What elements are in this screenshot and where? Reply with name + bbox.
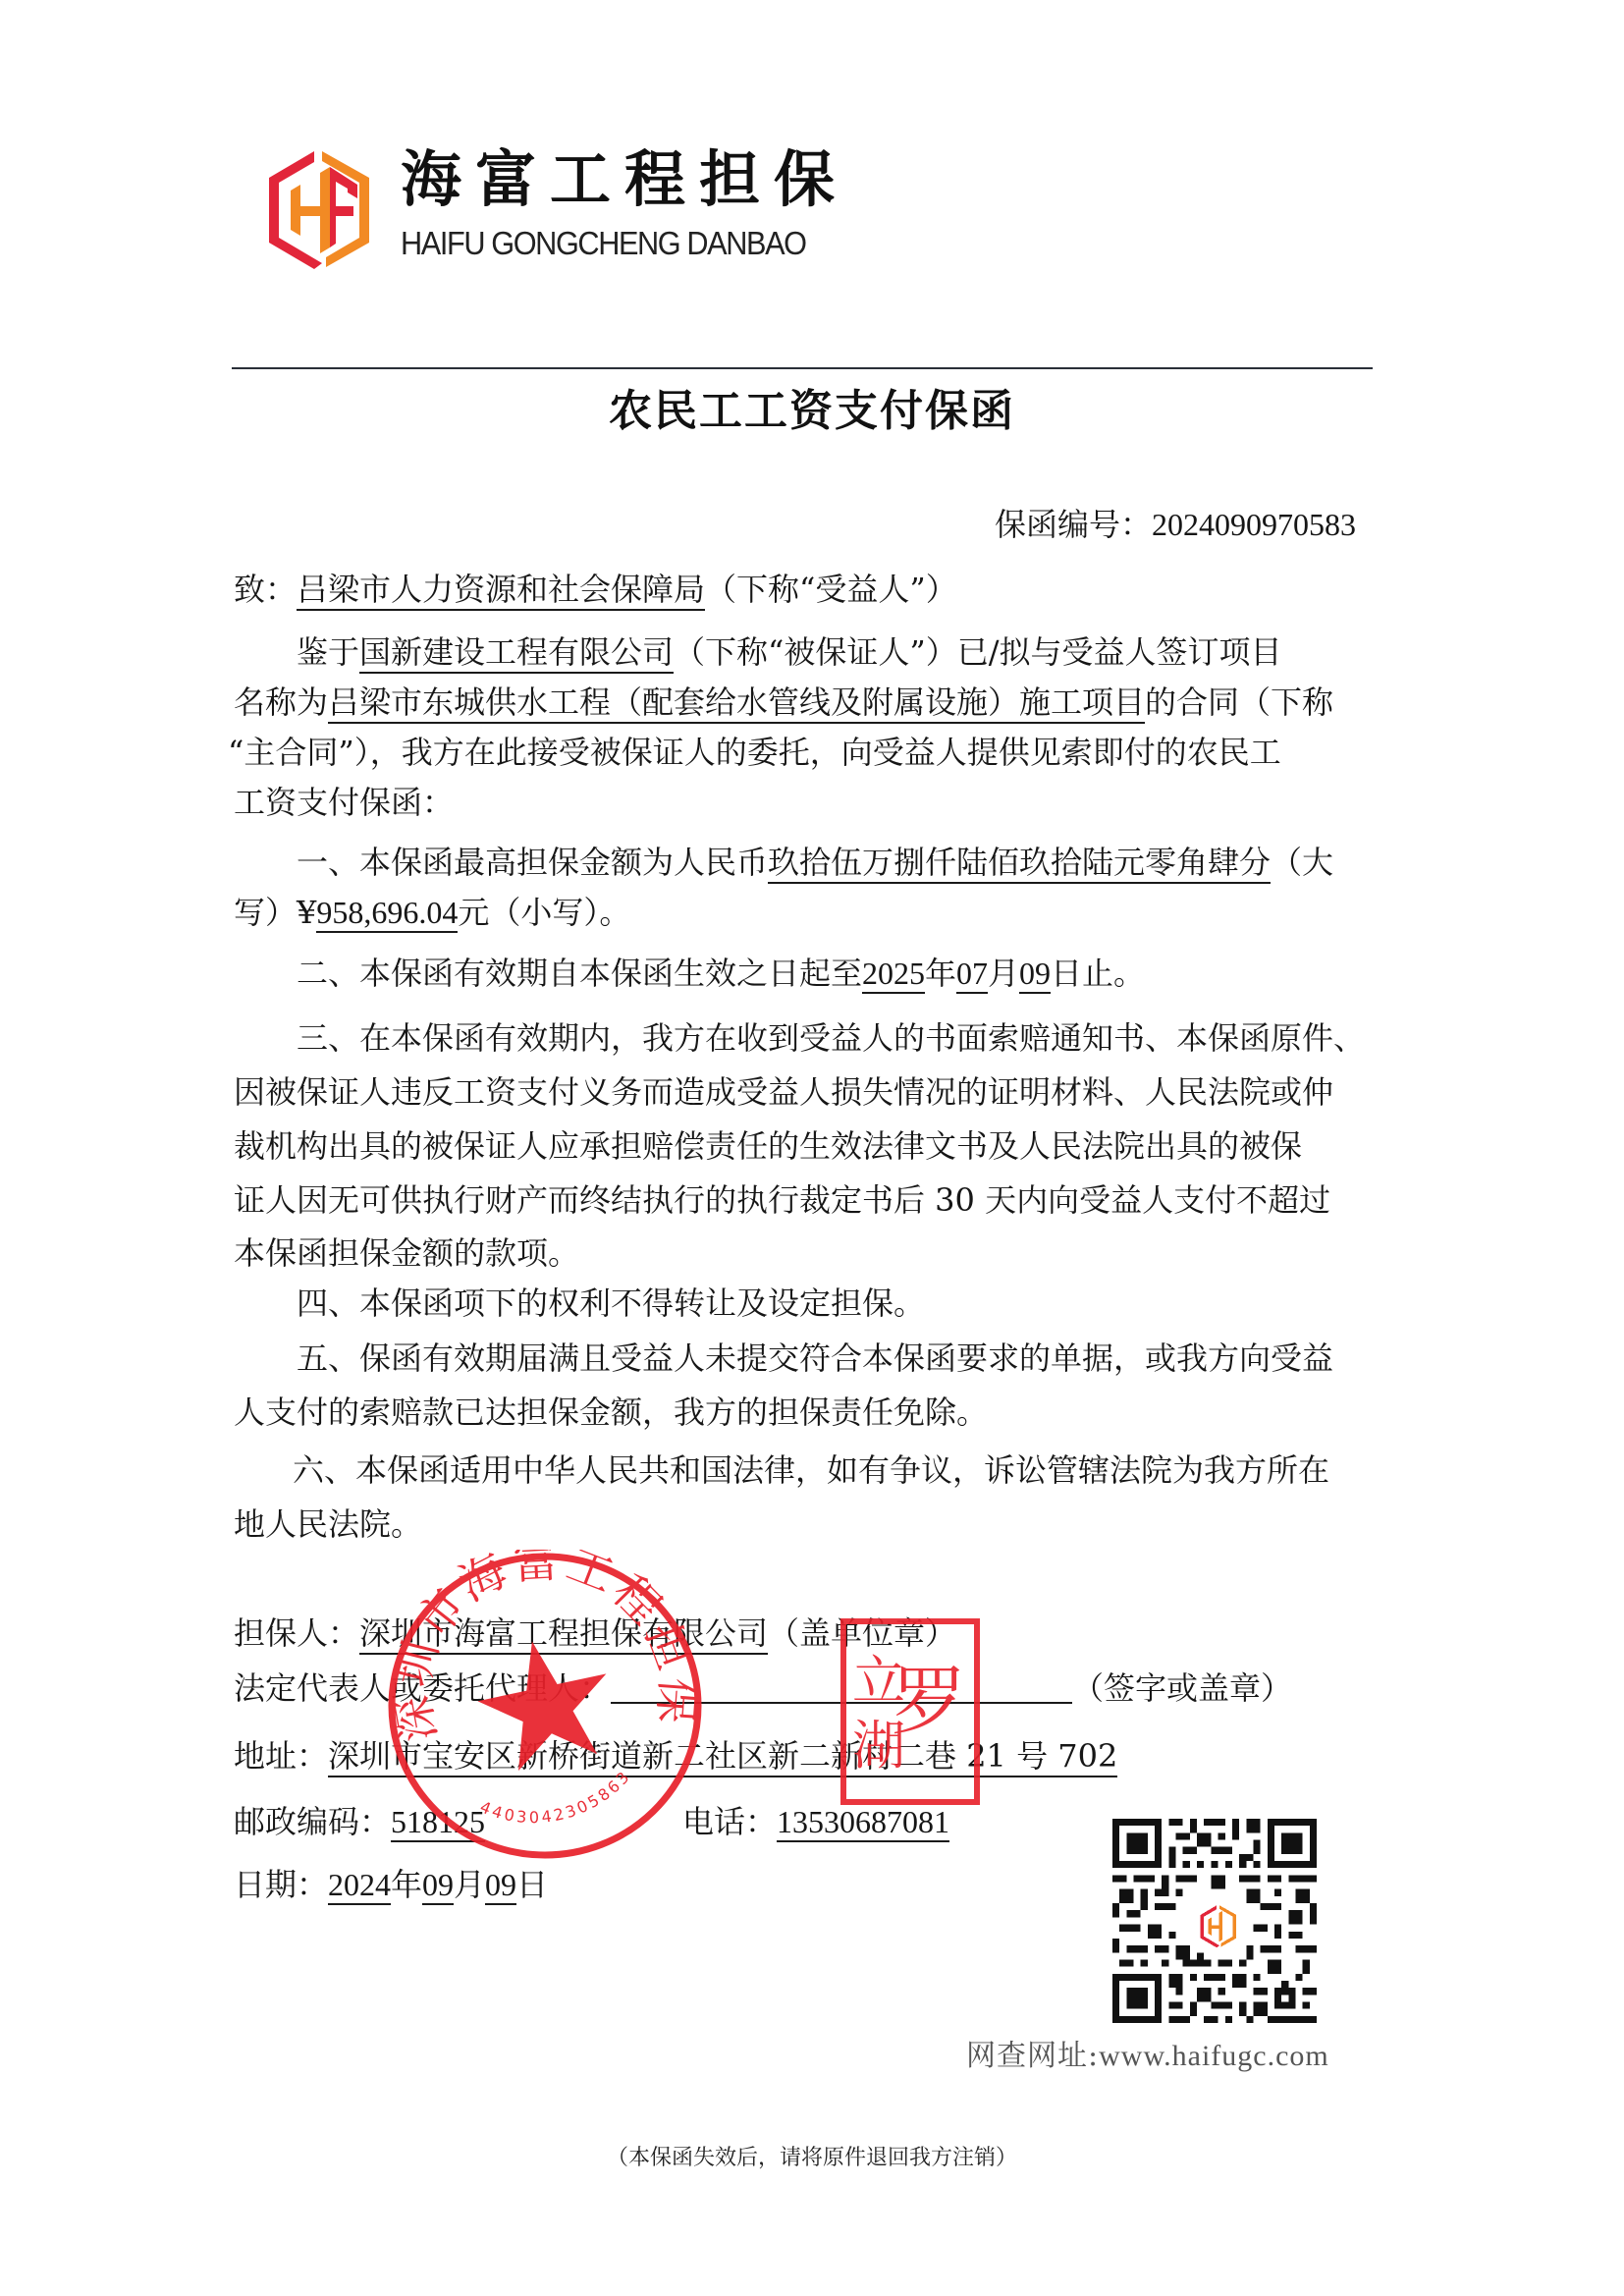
address-value: 深圳市宝安区新桥街道新二社区新二新村二巷 21 号 702 bbox=[328, 1737, 1117, 1777]
expiry-month: 07 bbox=[956, 956, 988, 994]
clause-3-line-3: 裁机构出具的被保证人应承担赔偿责任的生效法律文书及人民法院出具的被保 bbox=[234, 1126, 1302, 1166]
clause-3-line-2: 因被保证人违反工资支付义务而造成受益人损失情况的证明材料、人民法院或仲 bbox=[234, 1072, 1333, 1112]
intro-mid: （下称“被保证人”）已/拟与受益人签订项目 bbox=[674, 633, 1282, 671]
clause-1-suffix: （大 bbox=[1271, 844, 1333, 881]
expiry-day: 09 bbox=[1019, 956, 1051, 994]
intro-line-1: 鉴于国新建设工程有限公司（下称“被保证人”）已/拟与受益人签订项目 bbox=[297, 632, 1282, 672]
clause-6-line-2: 地人民法院。 bbox=[234, 1504, 422, 1544]
address-label: 地址： bbox=[234, 1737, 328, 1775]
month-unit: 月 bbox=[988, 955, 1019, 992]
clause-1-line-2: 写）¥958,696.04元（小写）。 bbox=[234, 893, 630, 932]
phone-value: 13530687081 bbox=[777, 1804, 949, 1842]
date-month-unit: 月 bbox=[454, 1866, 485, 1903]
guarantee-number: 保函编号：2024090970583 bbox=[995, 505, 1356, 544]
intro-line2-suffix: 的合同（下称 bbox=[1145, 683, 1333, 721]
guarantor-name: 深圳市海富工程担保有限公司 bbox=[359, 1614, 768, 1655]
clause-2-prefix: 二、本保函有效期自本保函生效之日起至 bbox=[297, 955, 862, 992]
document-title: 农民工工资支付保函 bbox=[0, 386, 1624, 437]
brand-name-cn: 海富工程担保 bbox=[401, 145, 848, 214]
brand-name-en: HAIFU GONGCHENG DANBAO bbox=[401, 224, 806, 263]
date-day: 09 bbox=[485, 1867, 516, 1905]
year-unit: 年 bbox=[925, 955, 956, 992]
clause-5-line-2: 人支付的索赔款已达担保金额，我方的担保责任免除。 bbox=[234, 1393, 988, 1432]
verification-qr-code[interactable] bbox=[1112, 1819, 1317, 2023]
amount-in-figures: 958,696.04 bbox=[316, 895, 458, 933]
phone-line: 电话：13530687081 bbox=[682, 1802, 949, 1841]
amount-in-words: 玖拾伍万捌仟陆佰玖拾陆元零角肆分 bbox=[768, 844, 1271, 884]
representative-line: 法定代表人或委托代理人：（签字或盖章） bbox=[234, 1668, 1292, 1708]
qr-code-icon bbox=[1112, 1819, 1317, 2023]
signature-blank[interactable] bbox=[611, 1668, 1072, 1704]
date-line: 日期：2024年09月09日 bbox=[234, 1865, 548, 1904]
phone-label: 电话： bbox=[682, 1803, 777, 1840]
intro-line-3: “主合同”），我方在此接受被保证人的委托，向受益人提供见索即付的农民工 bbox=[228, 733, 1281, 772]
intro-prefix: 鉴于 bbox=[297, 633, 359, 671]
expiry-year: 2025 bbox=[862, 956, 925, 994]
postcode-label: 邮政编码： bbox=[234, 1803, 391, 1840]
date-label: 日期： bbox=[234, 1866, 328, 1903]
addressee-line: 致：吕梁市人力资源和社会保障局（下称“受益人”） bbox=[234, 570, 1373, 609]
beneficiary-name: 吕梁市人力资源和社会保障局 bbox=[297, 571, 705, 611]
clause-5-line-1: 五、保函有效期届满且受益人未提交符合本保函要求的单据，或我方向受益 bbox=[297, 1339, 1333, 1378]
clause-1-line-1: 一、本保函最高担保金额为人民币玖拾伍万捌仟陆佰玖拾陆元零角肆分（大 bbox=[297, 843, 1333, 882]
clause-1-prefix: 一、本保函最高担保金额为人民币 bbox=[297, 844, 768, 881]
representative-label: 法定代表人或委托代理人： bbox=[234, 1669, 611, 1707]
clause-1-line2-prefix: 写）¥ bbox=[234, 894, 316, 931]
guarantee-number-value: 2024090970583 bbox=[1152, 507, 1356, 542]
footer-note: （本保函失效后，请将原件退回我方注销） bbox=[0, 2141, 1624, 2171]
intro-line-2: 名称为吕梁市东城供水工程（配套给水管线及附属设施）施工项目的合同（下称 bbox=[234, 683, 1333, 722]
clause-2: 二、本保函有效期自本保函生效之日起至2025年07月09日止。 bbox=[297, 954, 1145, 993]
addressee-label: 致： bbox=[234, 571, 297, 608]
project-name: 吕梁市东城供水工程（配套给水管线及附属设施）施工项目 bbox=[328, 683, 1145, 724]
website-link[interactable]: www.haifugc.com bbox=[1099, 2040, 1329, 2072]
clause-3-line-1: 三、在本保函有效期内，我方在收到受益人的书面索赔通知书、本保函原件、 bbox=[297, 1018, 1365, 1058]
clause-3-line-5: 本保函担保金额的款项。 bbox=[234, 1233, 579, 1273]
date-month: 09 bbox=[422, 1867, 454, 1905]
representative-sign-note: （签字或盖章） bbox=[1072, 1669, 1292, 1707]
intro-line2-prefix: 名称为 bbox=[234, 683, 328, 721]
header-divider bbox=[232, 367, 1373, 369]
website-line: 网查网址:www.haifugc.com bbox=[966, 2031, 1329, 2074]
website-label: 网查网址: bbox=[966, 2039, 1099, 2073]
date-year: 2024 bbox=[328, 1867, 391, 1905]
beneficiary-suffix: （下称“受益人”） bbox=[705, 571, 957, 608]
principal-name: 国新建设工程有限公司 bbox=[359, 633, 674, 674]
clause-1-line2-suffix: 元（小写）。 bbox=[458, 894, 630, 931]
guarantor-line: 担保人：深圳市海富工程担保有限公司（盖单位章） bbox=[234, 1613, 956, 1653]
date-day-unit: 日 bbox=[516, 1866, 548, 1903]
date-year-unit: 年 bbox=[391, 1866, 422, 1903]
address-line: 地址：深圳市宝安区新桥街道新二社区新二新村二巷 21 号 702 bbox=[234, 1736, 1117, 1776]
guarantee-number-label: 保函编号： bbox=[995, 506, 1152, 543]
clause-6-line-1: 六、本保函适用中华人民共和国法律，如有争议，诉讼管辖法院为我方所在 bbox=[293, 1450, 1329, 1490]
clause-4: 四、本保函项下的权利不得转让及设定担保。 bbox=[297, 1284, 925, 1323]
postcode-line: 邮政编码：518125 bbox=[234, 1802, 485, 1841]
postcode-value: 518125 bbox=[391, 1804, 485, 1842]
clause-2-suffix: 日止。 bbox=[1051, 955, 1145, 992]
guarantor-seal-note: （盖单位章） bbox=[768, 1614, 956, 1652]
clause-3-line-4: 证人因无可供执行财产而终结执行的执行裁定书后 30 天内向受益人支付不超过 bbox=[234, 1180, 1330, 1220]
company-logo bbox=[263, 145, 375, 275]
hf-hexagon-logo-icon bbox=[263, 145, 375, 275]
intro-line-4: 工资支付保函： bbox=[234, 783, 454, 822]
guarantor-label: 担保人： bbox=[234, 1614, 359, 1652]
